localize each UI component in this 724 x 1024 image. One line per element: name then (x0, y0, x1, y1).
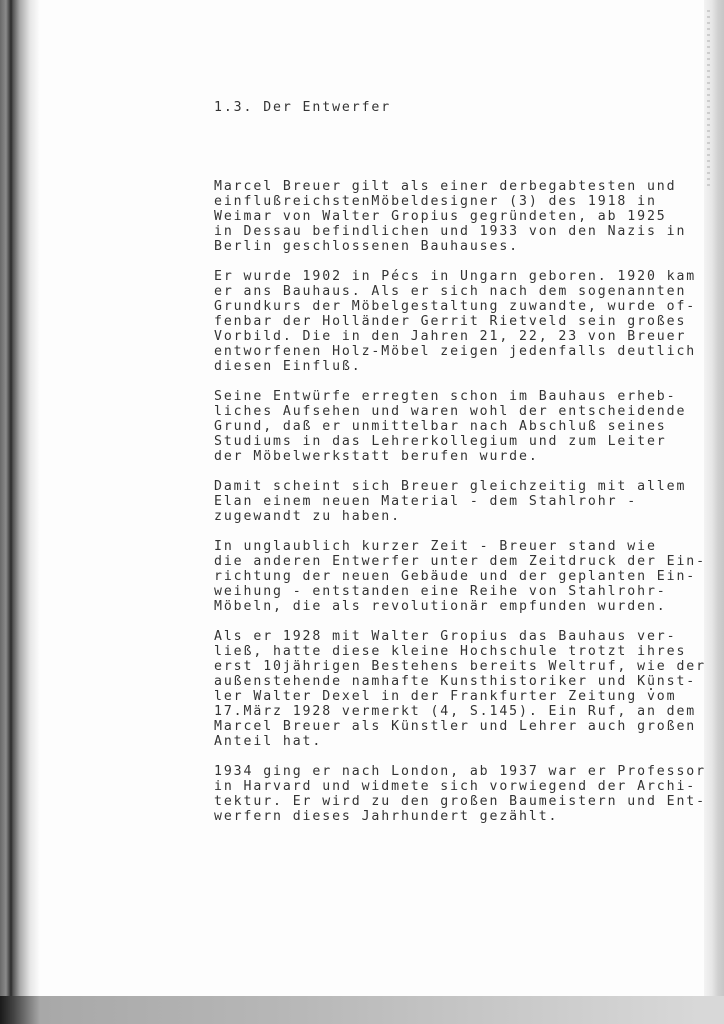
text-line: tektur. Er wird zu den großen Baumeister… (214, 794, 684, 809)
paragraphs-container: Marcel Breuer gilt als einer derbegabtes… (214, 179, 684, 824)
text-line: Seine Entwürfe erregten schon im Bauhaus… (214, 389, 684, 404)
text-line: fenbar der Holländer Gerrit Rietveld sei… (214, 314, 684, 329)
text-line: Damit scheint sich Breuer gleichzeitig m… (214, 479, 684, 494)
text-line: in Harvard und widmete sich vorwiegend d… (214, 779, 684, 794)
scanner-bed-background (0, 996, 724, 1024)
paragraph: Damit scheint sich Breuer gleichzeitig m… (214, 479, 684, 524)
section-heading: 1.3. Der Entwerfer (214, 100, 684, 115)
text-line: 1934 ging er nach London, ab 1937 war er… (214, 764, 684, 779)
text-line: Grundkurs der Möbelgestaltung zuwandte, … (214, 299, 684, 314)
paragraph: Er wurde 1902 in Pécs in Ungarn geboren.… (214, 269, 684, 374)
text-line: diesen Einfluß. (214, 359, 684, 374)
paragraph: 1934 ging er nach London, ab 1937 war er… (214, 764, 684, 824)
text-line: ler Walter Dexel in der Frankfurter Zeit… (214, 689, 684, 704)
document-body: 1.3. Der Entwerfer Marcel Breuer gilt al… (214, 70, 684, 854)
text-line: Vorbild. Die in den Jahren 21, 22, 23 vo… (214, 329, 684, 344)
text-line: 17.März 1928 vermerkt (4, S.145). Ein Ru… (214, 704, 684, 719)
text-line: außenstehende namhafte Kunsthistoriker u… (214, 674, 684, 689)
text-line: einflußreichstenMöbeldesigner (3) des 19… (214, 194, 684, 209)
text-line: werfern dieses Jahrhundert gezählt. (214, 809, 684, 824)
text-line: Er wurde 1902 in Pécs in Ungarn geboren.… (214, 269, 684, 284)
paragraph: Seine Entwürfe erregten schon im Bauhaus… (214, 389, 684, 464)
bleed-through-text (707, 10, 710, 190)
text-line: Grund, daß er unmittelbar nach Abschluß … (214, 419, 684, 434)
text-line: Weimar von Walter Gropius gegründeten, a… (214, 209, 684, 224)
text-line: entworfenen Holz-Möbel zeigen jedenfalls… (214, 344, 684, 359)
text-line: Berlin geschlossenen Bauhauses. (214, 239, 684, 254)
text-line: zugewandt zu haben. (214, 509, 684, 524)
text-line: richtung der neuen Gebäude und der gepla… (214, 569, 684, 584)
text-line: Anteil hat. (214, 734, 684, 749)
text-line: der Möbelwerkstatt berufen wurde. (214, 449, 684, 464)
paragraph: In unglaublich kurzer Zeit - Breuer stan… (214, 539, 684, 614)
binding-gutter-shadow (0, 0, 40, 1024)
paragraph: Marcel Breuer gilt als einer derbegabtes… (214, 179, 684, 254)
text-line: Möbeln, die als revolutionär empfunden w… (214, 599, 684, 614)
text-line: liches Aufsehen und waren wohl der entsc… (214, 404, 684, 419)
text-line: weihung - entstanden eine Reihe von Stah… (214, 584, 684, 599)
text-line: ließ, hatte diese kleine Hochschule trot… (214, 644, 684, 659)
stray-mark (650, 688, 652, 690)
text-line: Marcel Breuer als Künstler und Lehrer au… (214, 719, 684, 734)
text-line: Elan einem neuen Material - dem Stahlroh… (214, 494, 684, 509)
text-line: in Dessau befindlichen und 1933 von den … (214, 224, 684, 239)
text-line: Als er 1928 mit Walter Gropius das Bauha… (214, 629, 684, 644)
text-line: Studiums in das Lehrerkollegium und zum … (214, 434, 684, 449)
page-right-edge (704, 0, 724, 1024)
paragraph: Als er 1928 mit Walter Gropius das Bauha… (214, 629, 684, 749)
text-line: erst 10jährigen Bestehens bereits Weltru… (214, 659, 684, 674)
text-line: die anderen Entwerfer unter dem Zeitdruc… (214, 554, 684, 569)
text-line: Marcel Breuer gilt als einer derbegabtes… (214, 179, 684, 194)
text-line: In unglaublich kurzer Zeit - Breuer stan… (214, 539, 684, 554)
text-line: er ans Bauhaus. Als er sich nach dem sog… (214, 284, 684, 299)
